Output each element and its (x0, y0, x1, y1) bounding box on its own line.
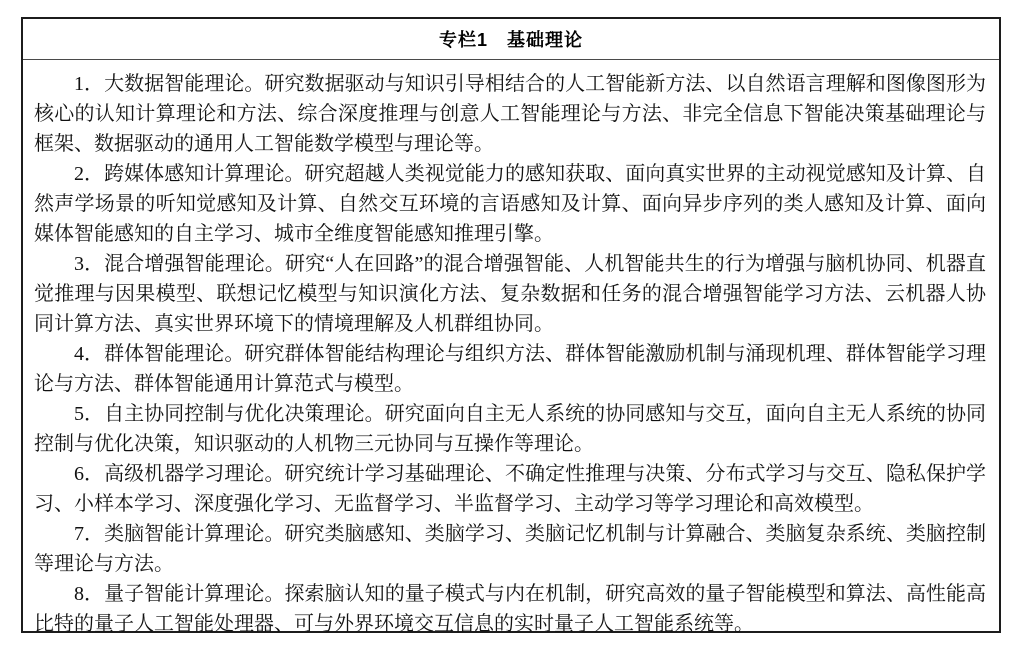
theory-item-1: 1．大数据智能理论。研究数据驱动与知识引导相结合的人工智能新方法、以自然语言理解… (34, 69, 986, 159)
theory-item-8: 8．量子智能计算理论。探索脑认知的量子模式与内在机制，研究高效的量子智能模型和算… (34, 579, 986, 639)
theory-panel: 专栏1 基础理论 1．大数据智能理论。研究数据驱动与知识引导相结合的人工智能新方… (21, 17, 1001, 633)
theory-item-7: 7．类脑智能计算理论。研究类脑感知、类脑学习、类脑记忆机制与计算融合、类脑复杂系… (34, 519, 986, 579)
panel-header: 专栏1 基础理论 (23, 19, 999, 60)
panel-content: 1．大数据智能理论。研究数据驱动与知识引导相结合的人工智能新方法、以自然语言理解… (23, 60, 999, 639)
theory-item-6: 6．高级机器学习理论。研究统计学习基础理论、不确定性推理与决策、分布式学习与交互… (34, 459, 986, 519)
theory-item-3: 3．混合增强智能理论。研究“人在回路”的混合增强智能、人机智能共生的行为增强与脑… (34, 249, 986, 339)
theory-item-4: 4．群体智能理论。研究群体智能结构理论与组织方法、群体智能激励机制与涌现机理、群… (34, 339, 986, 399)
document-page: 专栏1 基础理论 1．大数据智能理论。研究数据驱动与知识引导相结合的人工智能新方… (0, 0, 1024, 657)
theory-item-5: 5．自主协同控制与优化决策理论。研究面向自主无人系统的协同感知与交互，面向自主无… (34, 399, 986, 459)
theory-item-2: 2．跨媒体感知计算理论。研究超越人类视觉能力的感知获取、面向真实世界的主动视觉感… (34, 159, 986, 249)
panel-title: 专栏1 基础理论 (439, 26, 583, 52)
